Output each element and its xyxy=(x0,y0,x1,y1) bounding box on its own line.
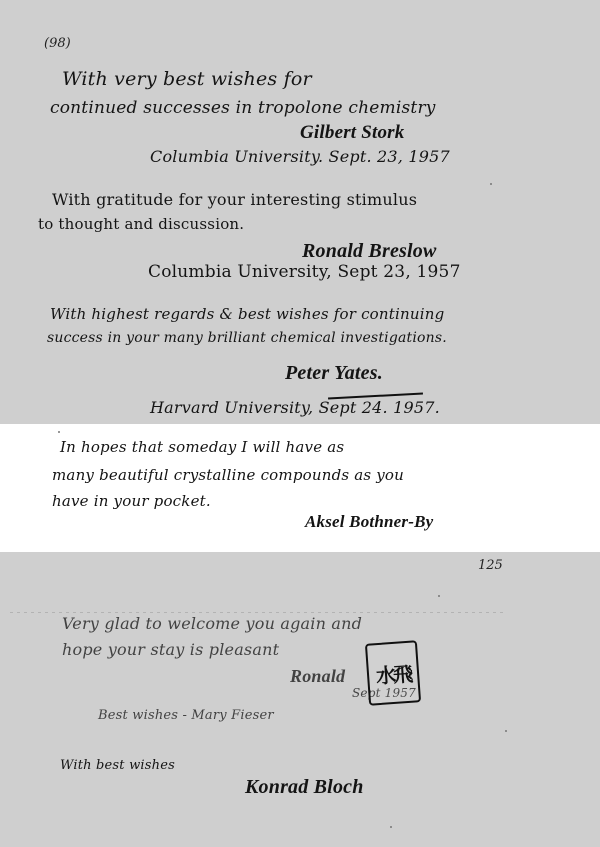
entry-line: In hopes that someday I will have as xyxy=(60,438,344,456)
faint-ruled-line xyxy=(10,612,505,613)
signature: Aksel Bothner-By xyxy=(305,512,433,532)
scan-speck xyxy=(505,730,507,732)
affiliation: Columbia University. Sept. 23, 1957 xyxy=(150,147,450,166)
entry-line: With gratitude for your interesting stim… xyxy=(52,190,417,209)
signature: Konrad Bloch xyxy=(245,776,364,799)
top-page-number: (98) xyxy=(44,36,71,51)
affiliation: Harvard University, Sept 24. 1957. xyxy=(150,398,440,417)
seal-stamp: 水飛 xyxy=(365,640,421,705)
entry-line: many beautiful crystalline compounds as … xyxy=(52,466,404,484)
scan-speck xyxy=(438,595,440,597)
entry-line: to thought and discussion. xyxy=(38,215,244,233)
scan-speck xyxy=(390,826,392,828)
entry-line: Very glad to welcome you again and xyxy=(62,614,362,633)
signature: Peter Yates. xyxy=(285,362,383,385)
affiliation: Columbia University, Sept 23, 1957 xyxy=(148,262,461,282)
entry-line: With highest regards & best wishes for c… xyxy=(50,305,444,323)
signature: Ronald Breslow xyxy=(302,240,437,263)
entry-line: With very best wishes for xyxy=(62,68,312,90)
entry-line: have in your pocket. xyxy=(52,492,211,510)
scan-speck xyxy=(58,431,60,433)
signature: Ronald xyxy=(290,666,345,687)
signature: Gilbert Stork xyxy=(300,122,404,144)
entry-line: hope your stay is pleasant xyxy=(62,640,279,659)
entry-line: continued successes in tropolone chemist… xyxy=(50,98,436,118)
entry-line: Best wishes - Mary Fieser xyxy=(98,708,274,723)
scan-speck xyxy=(490,183,492,185)
bottom-page-number: 125 xyxy=(478,558,503,573)
entry-line: success in your many brilliant chemical … xyxy=(47,330,447,346)
entry-line: With best wishes xyxy=(60,758,175,773)
guestbook-page: (98) With very best wishes for continued… xyxy=(0,0,600,847)
